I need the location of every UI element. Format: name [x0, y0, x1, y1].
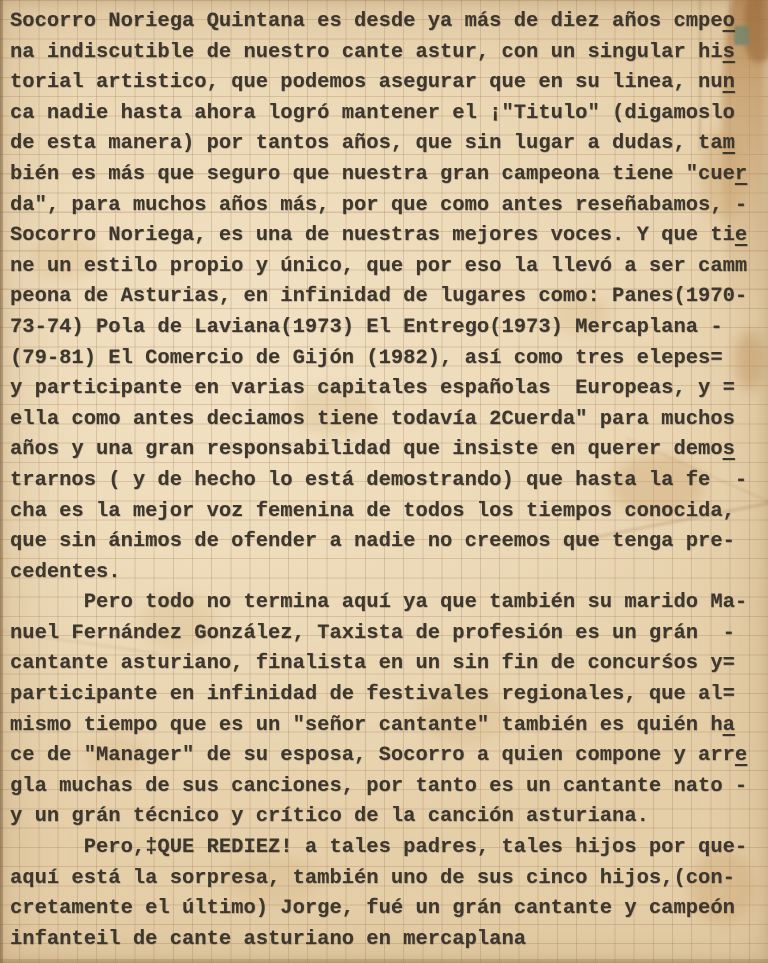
underlined-hyphenation-char: e	[735, 744, 747, 767]
line-text: nuel Fernández González, Taxista de prof…	[10, 622, 735, 645]
document-page: Socorro Noriega Quintana es desde ya más…	[0, 0, 768, 963]
line-text: trarnos ( y de hecho lo está demostrando…	[10, 469, 747, 492]
underlined-hyphenation-char: o	[723, 10, 735, 33]
text-line: Socorro Noriega Quintana es desde ya más…	[10, 7, 762, 38]
text-line: ne un estilo propio y único, que por eso…	[10, 252, 762, 283]
text-line: Socorro Noriega, es una de nuestras mejo…	[10, 221, 762, 252]
text-line: (79-81) El Comercio de Gijón (1982), así…	[10, 344, 762, 375]
text-line: 73-74) Pola de Laviana(1973) El Entrego(…	[10, 313, 762, 344]
line-text: ne un estilo propio y único, que por eso…	[10, 255, 747, 278]
text-line: cha es la mejor voz femenina de todos lo…	[10, 497, 762, 528]
line-text: cantante asturiano, finalista en un sin …	[10, 652, 735, 675]
line-text: cretamente el último) Jorge, fué un grán…	[10, 897, 735, 920]
line-text: de esta manera) por tantos años, que sin…	[10, 132, 723, 155]
line-text: cedentes.	[10, 561, 121, 584]
text-line: y participante en varias capitales españ…	[10, 374, 762, 405]
line-text: infanteil de cante asturiano en mercapla…	[10, 928, 526, 951]
scan-edge	[0, 959, 768, 963]
text-line: participante en infinidad de festivales …	[10, 680, 762, 711]
line-text: Pero todo no termina aquí ya que también…	[10, 591, 747, 614]
line-text: na indiscutible de nuestro cante astur, …	[10, 41, 723, 64]
line-text: que sin ánimos de ofender a nadie no cre…	[10, 530, 735, 553]
line-text: y participante en varias capitales españ…	[10, 377, 735, 400]
text-line: nuel Fernández González, Taxista de prof…	[10, 619, 762, 650]
text-line: y un grán técnico y crítico de la canció…	[10, 802, 762, 833]
line-text: torial artistico, que podemos asegurar q…	[10, 71, 723, 94]
line-text: años y una gran responsabilidad que insi…	[10, 438, 723, 461]
text-line: ce de "Manager" de su esposa, Socorro a …	[10, 741, 762, 772]
line-text: ce de "Manager" de su esposa, Socorro a …	[10, 744, 735, 767]
text-line: da", para muchos años más, por que como …	[10, 191, 762, 222]
text-line: cretamente el último) Jorge, fué un grán…	[10, 894, 762, 925]
underlined-hyphenation-char: s	[723, 41, 735, 64]
text-line: mismo tiempo que es un "señor cantante" …	[10, 711, 762, 742]
text-line: bién es más que seguro que nuestra gran …	[10, 160, 762, 191]
line-text: 73-74) Pola de Laviana(1973) El Entrego(…	[10, 316, 723, 339]
line-text: aquí está la sorpresa, también uno de su…	[10, 867, 735, 890]
text-line: na indiscutible de nuestro cante astur, …	[10, 38, 762, 69]
text-line: que sin ánimos de ofender a nadie no cre…	[10, 527, 762, 558]
underlined-hyphenation-char: e	[735, 224, 747, 247]
underlined-hyphenation-char: m	[723, 132, 735, 155]
line-text: ca nadie hasta ahora logró mantener el ¡…	[10, 102, 735, 125]
line-text: (79-81) El Comercio de Gijón (1982), así…	[10, 347, 723, 370]
scan-edge	[0, 0, 3, 963]
line-text: ella como antes deciamos tiene todavía 2…	[10, 408, 735, 431]
line-text: Socorro Noriega Quintana es desde ya más…	[10, 10, 723, 33]
underlined-hyphenation-char: s	[723, 438, 735, 461]
underlined-hyphenation-char: a	[723, 714, 735, 737]
text-line: peona de Asturias, en infinidad de lugar…	[10, 282, 762, 313]
line-text: y un grán técnico y crítico de la canció…	[10, 805, 649, 828]
line-text: mismo tiempo que es un "señor cantante" …	[10, 714, 723, 737]
text-line: aquí está la sorpresa, también uno de su…	[10, 864, 762, 895]
line-text: gla muchas de sus canciones, por tanto e…	[10, 775, 747, 798]
text-line: gla muchas de sus canciones, por tanto e…	[10, 772, 762, 803]
underlined-hyphenation-char: r	[735, 163, 747, 186]
text-line: ca nadie hasta ahora logró mantener el ¡…	[10, 99, 762, 130]
text-line: años y una gran responsabilidad que insi…	[10, 435, 762, 466]
text-line: cedentes.	[10, 558, 762, 589]
text-line: cantante asturiano, finalista en un sin …	[10, 649, 762, 680]
underlined-hyphenation-char: n	[723, 71, 735, 94]
line-text: participante en infinidad de festivales …	[10, 683, 735, 706]
line-text: Pero,‡QUE REDIEZ! a tales padres, tales …	[10, 836, 747, 859]
text-line: Pero,‡QUE REDIEZ! a tales padres, tales …	[10, 833, 762, 864]
text-line: de esta manera) por tantos años, que sin…	[10, 129, 762, 160]
text-line: Pero todo no termina aquí ya que también…	[10, 588, 762, 619]
line-text: peona de Asturias, en infinidad de lugar…	[10, 285, 747, 308]
line-text: cha es la mejor voz femenina de todos lo…	[10, 500, 735, 523]
line-text: bién es más que seguro que nuestra gran …	[10, 163, 735, 186]
text-line: infanteil de cante asturiano en mercapla…	[10, 925, 762, 956]
line-text: da", para muchos años más, por que como …	[10, 194, 747, 217]
line-text: Socorro Noriega, es una de nuestras mejo…	[10, 224, 735, 247]
typewritten-text: Socorro Noriega Quintana es desde ya más…	[10, 7, 762, 955]
text-line: ella como antes deciamos tiene todavía 2…	[10, 405, 762, 436]
text-line: torial artistico, que podemos asegurar q…	[10, 68, 762, 99]
text-line: trarnos ( y de hecho lo está demostrando…	[10, 466, 762, 497]
